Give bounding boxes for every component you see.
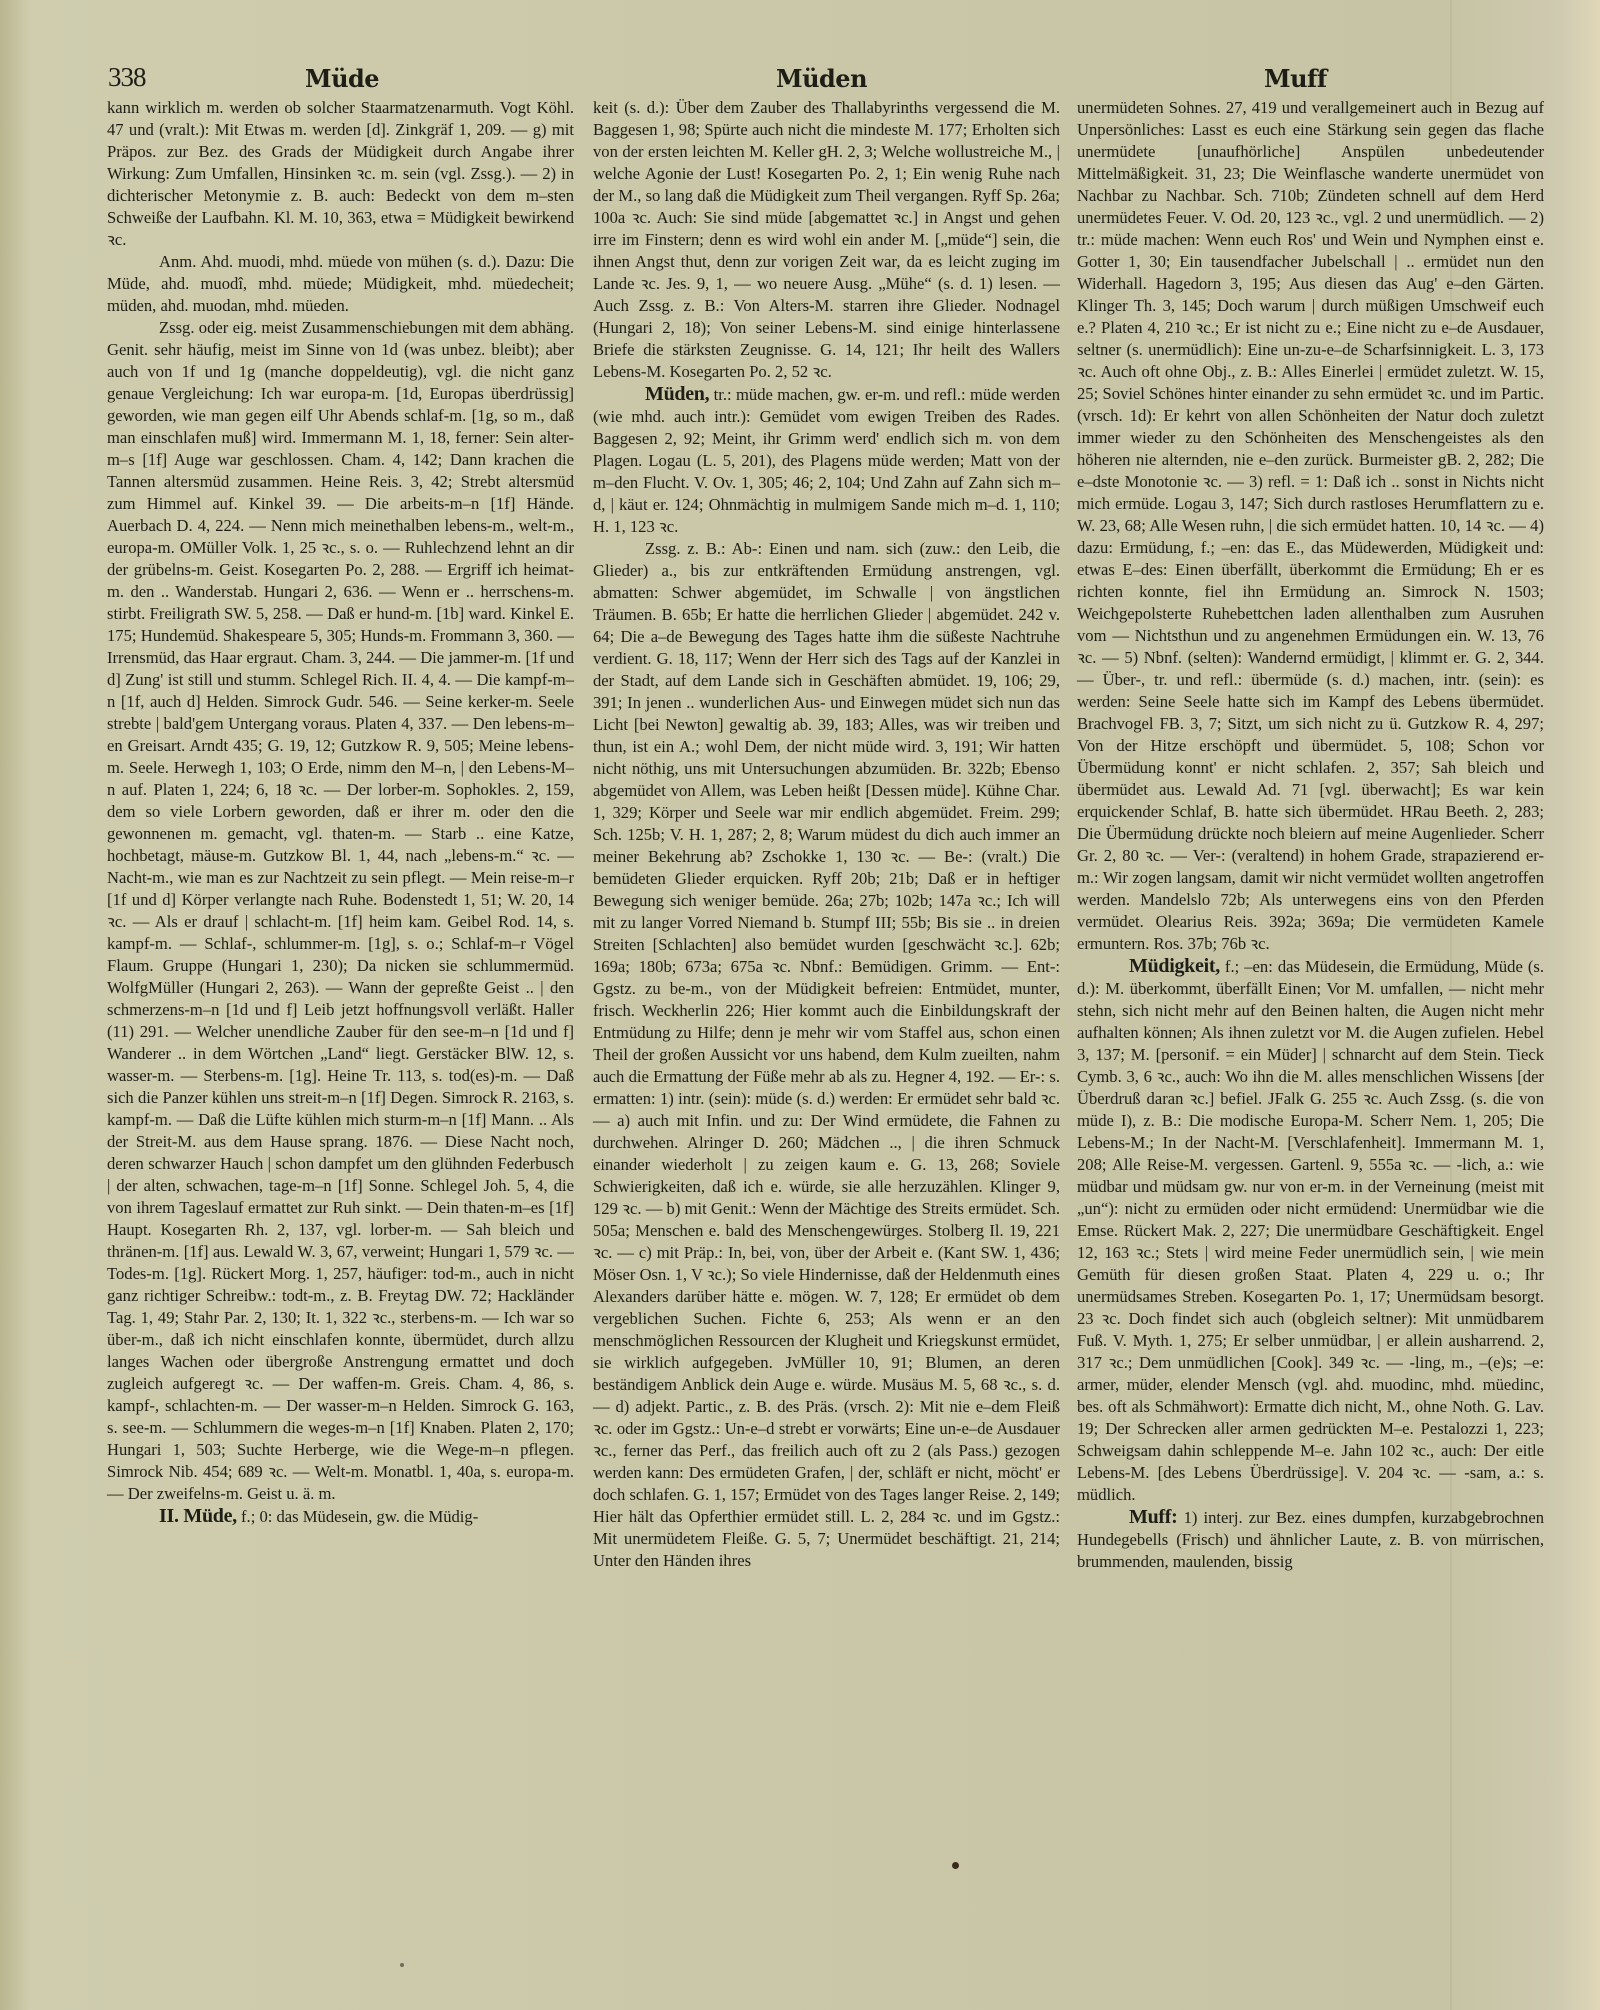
paragraph-text: unermüdeten Sohnes. 27, 419 und verallge… bbox=[1077, 98, 1544, 953]
paragraph: unermüdeten Sohnes. 27, 419 und verallge… bbox=[1077, 97, 1544, 955]
paragraph: keit (s. d.): Über dem Zauber des Thalla… bbox=[593, 97, 1060, 383]
entry-headword: Müdigkeit, bbox=[1129, 955, 1220, 977]
dictionary-entry: Müden, tr.: müde machen, gw. er-m. und r… bbox=[593, 383, 1060, 538]
column-right: unermüdeten Sohnes. 27, 419 und verallge… bbox=[1077, 97, 1544, 1573]
entry-definition: f.; 0: das Müdesein, gw. die Müdig- bbox=[237, 1507, 478, 1526]
paragraph-text: Anm. Ahd. muodi, mhd. müede von mühen (s… bbox=[107, 252, 574, 315]
guide-word-center: Müden bbox=[776, 64, 867, 93]
dictionary-entry: Müdigkeit, f.; –en: das Müdesein, die Er… bbox=[1077, 955, 1544, 1506]
paragraph: kann wirklich m. werden ob solcher Staar… bbox=[107, 97, 574, 251]
ink-spot bbox=[400, 1963, 404, 1967]
dictionary-entry: Muff: 1) interj. zur Bez. eines dumpfen,… bbox=[1077, 1506, 1544, 1573]
column-middle: keit (s. d.): Über dem Zauber des Thalla… bbox=[593, 97, 1060, 1572]
page-number: 338 bbox=[108, 62, 146, 93]
entry-definition: f.; –en: das Müdesein, die Ermüdung, Müd… bbox=[1077, 957, 1544, 1504]
column-left: kann wirklich m. werden ob solcher Staar… bbox=[107, 97, 574, 1528]
entry-definition: tr.: müde machen, gw. er-m. und refl.: m… bbox=[593, 385, 1060, 536]
entry-headword: Müden, bbox=[645, 383, 709, 405]
entry-headword: Muff: bbox=[1129, 1506, 1177, 1528]
guide-word-right: Muff bbox=[1264, 64, 1327, 93]
paragraph-compounds: Zssg. z. B.: Ab-: Einen und nam. sich (z… bbox=[593, 538, 1060, 1572]
paragraph-text: Zssg. z. B.: Ab-: Einen und nam. sich (z… bbox=[593, 539, 1060, 1570]
scanned-page: 338 Müde Müden Muff kann wirklich m. wer… bbox=[0, 0, 1600, 2010]
paragraph-text: keit (s. d.): Über dem Zauber des Thalla… bbox=[593, 98, 1060, 381]
guide-word-left: Müde bbox=[305, 64, 379, 93]
paragraph-note: Anm. Ahd. muodi, mhd. müede von mühen (s… bbox=[107, 251, 574, 317]
dictionary-entry: II. Müde, f.; 0: das Müdesein, gw. die M… bbox=[107, 1505, 574, 1528]
ink-spot bbox=[952, 1862, 959, 1869]
paragraph-text: kann wirklich m. werden ob solcher Staar… bbox=[107, 98, 574, 249]
running-header: 338 Müde Müden Muff bbox=[0, 50, 1600, 90]
paragraph-compounds: Zssg. oder eig. meist Zusammenschiebunge… bbox=[107, 317, 574, 1505]
paragraph-text: Zssg. oder eig. meist Zusammenschiebunge… bbox=[107, 318, 574, 1503]
entry-headword: II. Müde, bbox=[159, 1505, 237, 1527]
